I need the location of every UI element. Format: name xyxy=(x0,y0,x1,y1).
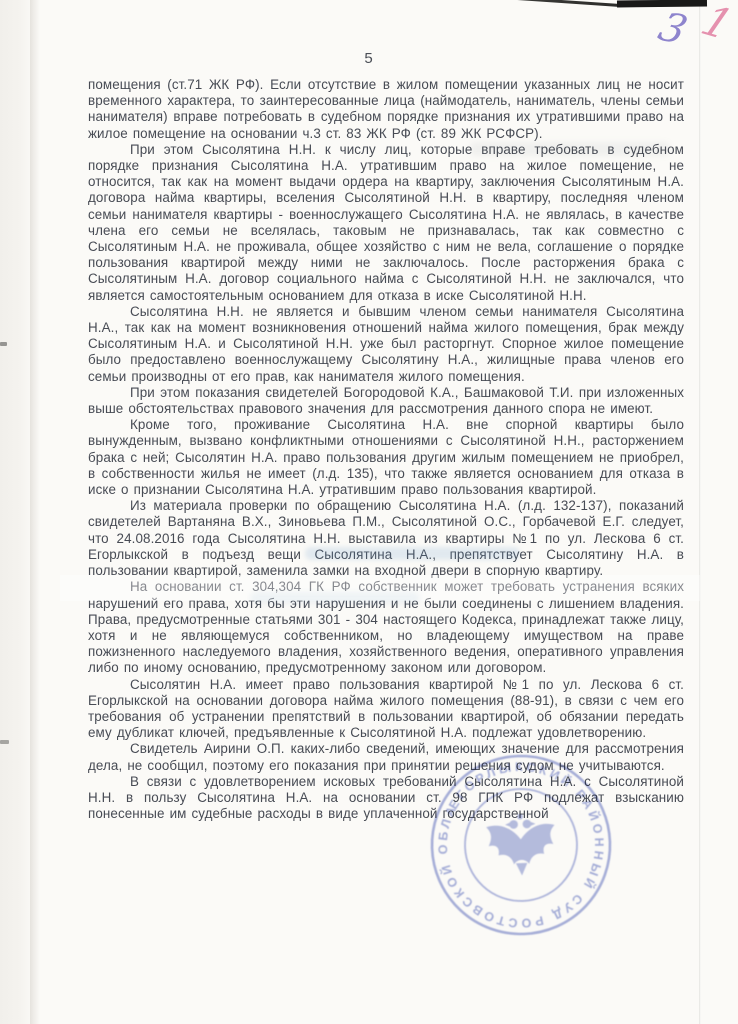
scan-speck xyxy=(0,740,9,744)
double-headed-eagle-icon xyxy=(486,813,557,877)
scan-speck xyxy=(0,342,7,346)
scanned-page: 3 1 5 помещения (ст.71 ЖК РФ). Если отсу… xyxy=(0,0,738,1024)
paper-fold-line xyxy=(699,0,701,1024)
paragraph: Из материала проверки по обращению Сысол… xyxy=(88,498,684,579)
paragraph: Сысолятина Н.Н. не является и бывшим чле… xyxy=(88,304,684,385)
scan-corner-mark xyxy=(617,0,707,7)
paragraph: На основании ст. 304,304 ГК РФ собственн… xyxy=(88,579,684,676)
handwritten-number-3: 3 xyxy=(653,4,693,53)
scanner-margin xyxy=(0,0,34,1024)
page-left-edge-shadow xyxy=(30,0,40,1024)
paragraph: При этом Сысолятина Н.Н. к числу лиц, ко… xyxy=(88,142,684,304)
court-stamp: ЕГОРЛЫКСКИЙ РАЙОННЫЙ СУД РОСТОВСКОЙ ОБЛА… xyxy=(421,745,622,946)
paragraph: Кроме того, проживание Сысолятина Н.А. в… xyxy=(88,417,684,498)
paragraph: помещения (ст.71 ЖК РФ). Если отсутствие… xyxy=(88,77,684,142)
page-number: 5 xyxy=(0,50,738,67)
page-top-edge-line xyxy=(107,0,620,7)
paragraph: Сысолятин Н.А. имеет право пользования к… xyxy=(88,677,684,742)
paragraph: При этом показания свидетелей Богородово… xyxy=(88,385,684,417)
document-body: помещения (ст.71 ЖК РФ). Если отсутствие… xyxy=(88,77,684,822)
